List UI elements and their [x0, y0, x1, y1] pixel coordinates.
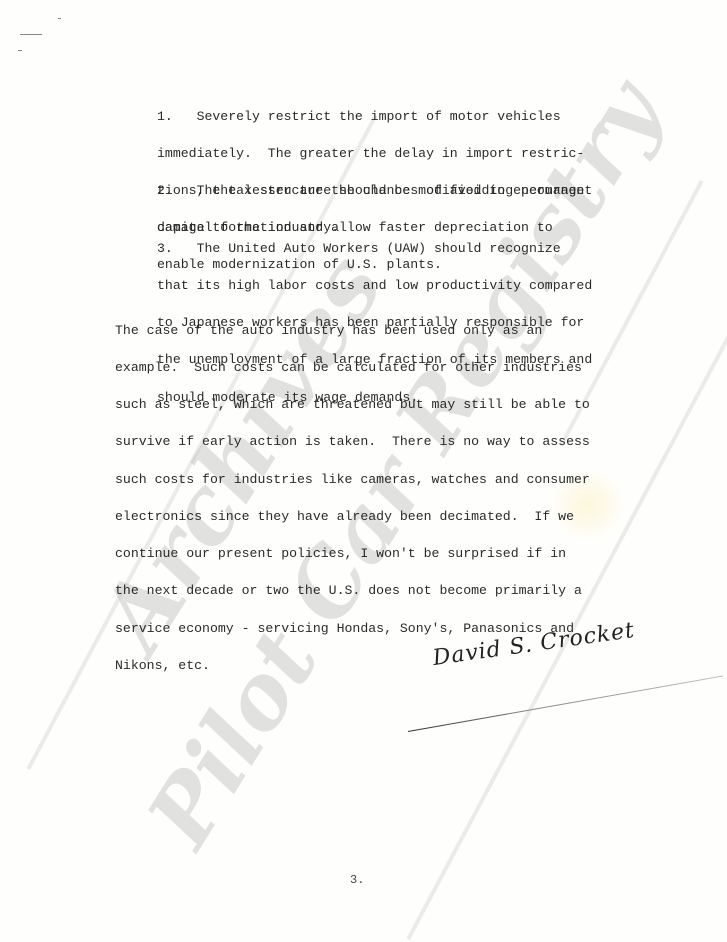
text-line: the next decade or two the U.S. does not…	[115, 585, 635, 597]
text-line: continue our present policies, I won't b…	[115, 548, 635, 560]
page-number: 3.	[350, 873, 364, 887]
text-line: such costs for industries like cameras, …	[115, 474, 635, 486]
text-line: 1. Severely restrict the import of motor…	[157, 111, 637, 123]
document-page: Archives Pilot Car Registry 1. Severely …	[0, 0, 727, 942]
text-line: electronics since they have already been…	[115, 511, 635, 523]
text-line: that its high labor costs and low produc…	[157, 280, 637, 292]
text-line: 2. The tax structure should be modified …	[157, 185, 637, 197]
text-line: immediately. The greater the delay in im…	[157, 148, 637, 160]
text-line: survive if early action is taken. There …	[115, 436, 635, 448]
text-line: example. Such costs can be calculated fo…	[115, 362, 635, 374]
scan-marks	[14, 16, 74, 56]
text-line: Nikons, etc.	[115, 660, 635, 672]
text-line: such as steel, which are threatened but …	[115, 399, 635, 411]
text-line: 3. The United Auto Workers (UAW) should …	[157, 243, 637, 255]
text-line: The case of the auto industry has been u…	[115, 325, 635, 337]
